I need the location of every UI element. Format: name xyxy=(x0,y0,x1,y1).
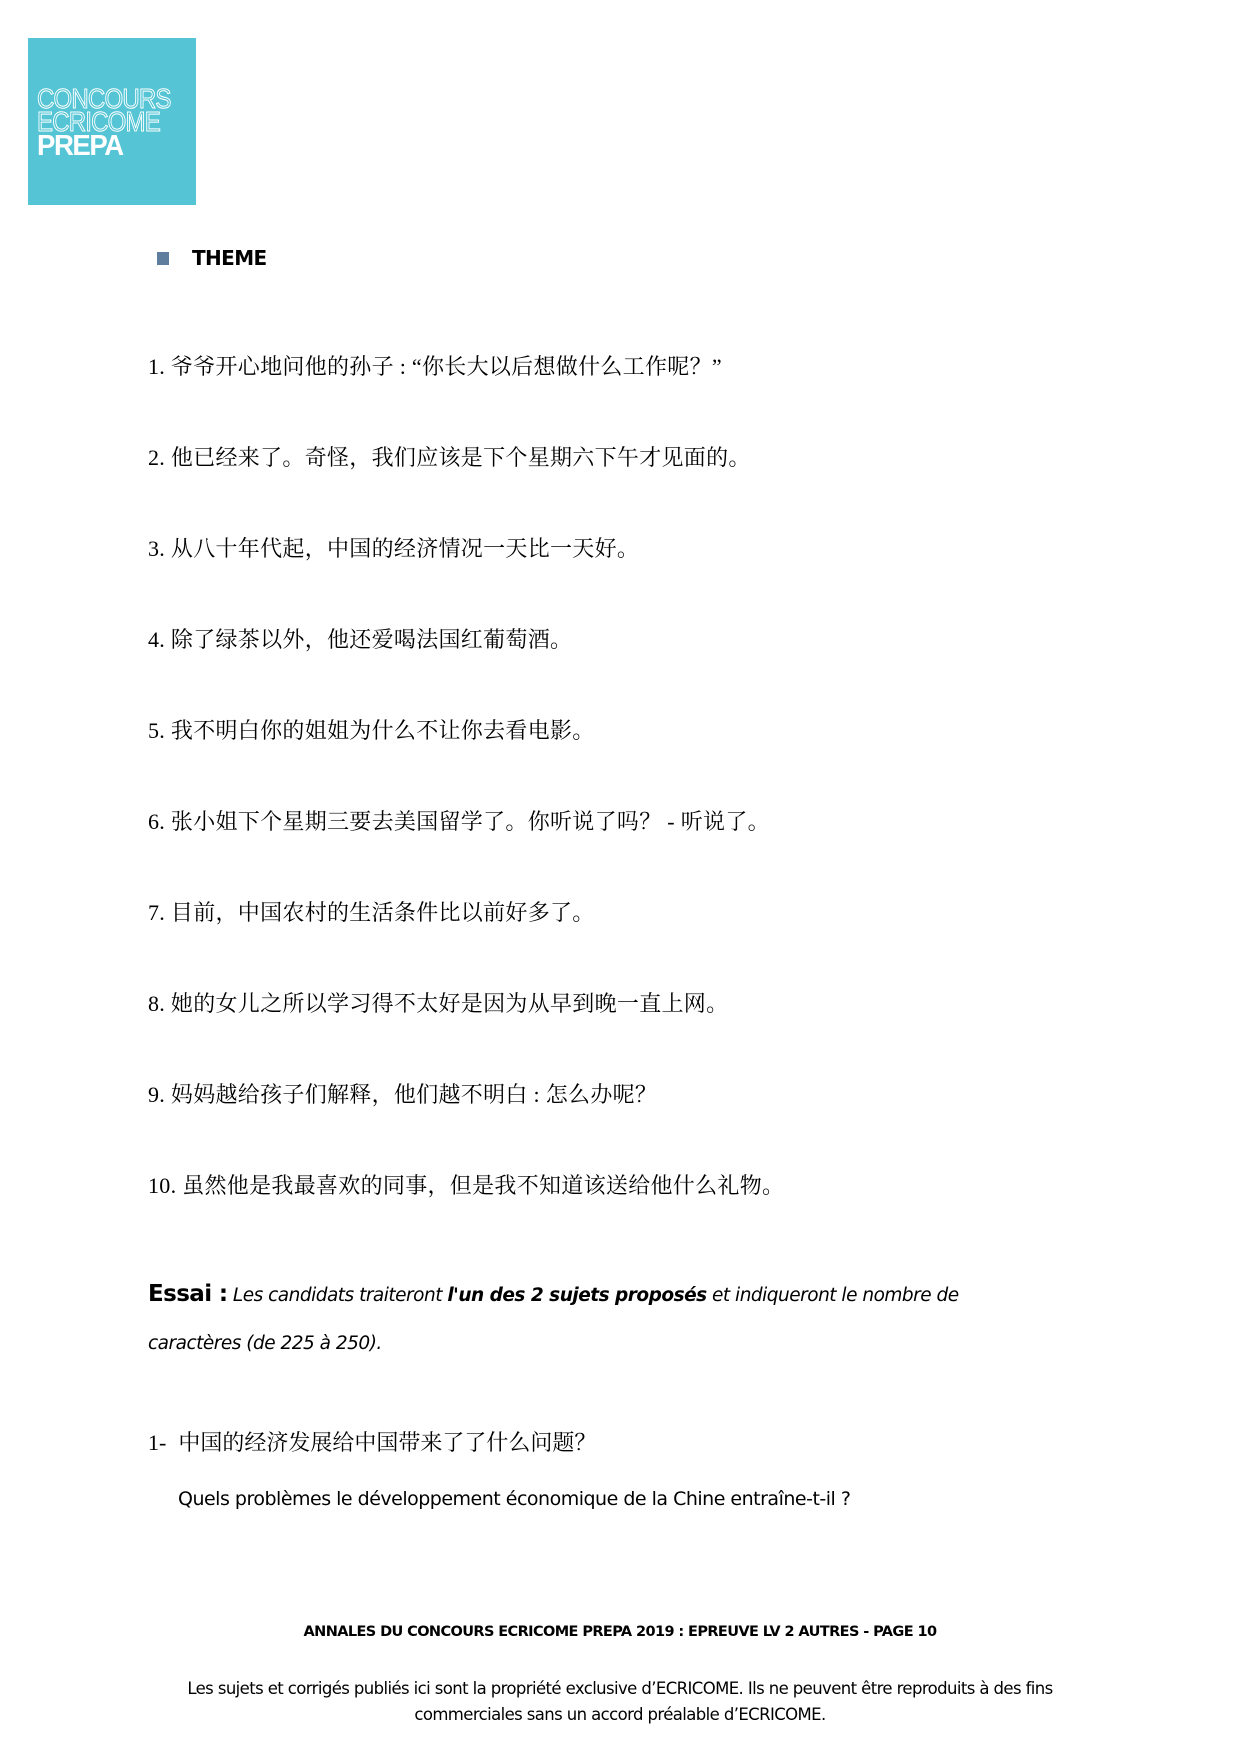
theme-item: 5. 我不明白你的姐姐为什么不让你去看电影。 xyxy=(148,714,784,805)
theme-translation-list: 1. 爷爷开心地问他的孙子 : “你长大以后想做什么工作呢？” 2. 他已经来了… xyxy=(148,350,784,1260)
footer-copyright-note: Les sujets et corrigés publiés ici sont … xyxy=(150,1676,1090,1728)
section-title: THEME xyxy=(192,246,267,270)
square-bullet-icon xyxy=(157,252,169,265)
concours-ecricome-prepa-logo: CONCOURS ECRICOME PREPA xyxy=(28,38,196,205)
logo-line-prepa: PREPA xyxy=(37,130,123,163)
theme-item: 10. 虽然他是我最喜欢的同事，但是我不知道该送给他什么礼物。 xyxy=(148,1169,784,1260)
essay-label: Essai : xyxy=(148,1281,228,1307)
subject-number: 1- xyxy=(148,1430,166,1455)
theme-item: 8. 她的女儿之所以学习得不太好是因为从早到晚一直上网。 xyxy=(148,987,784,1078)
essay-instruction-text: Les candidats traiteront xyxy=(228,1285,448,1306)
theme-item: 1. 爷爷开心地问他的孙子 : “你长大以后想做什么工作呢？” xyxy=(148,350,784,441)
essay-instruction-emphasis: l'un des 2 sujets proposés xyxy=(447,1285,706,1306)
essay-subject-1-french: Quels problèmes le développement économi… xyxy=(178,1484,850,1514)
theme-item: 7. 目前，中国农村的生活条件比以前好多了。 xyxy=(148,896,784,987)
essay-instructions: Essai : Les candidats traiteront l'un de… xyxy=(148,1270,1048,1368)
theme-item: 9. 妈妈越给孩子们解释，他们越不明白 : 怎么办呢？ xyxy=(148,1078,784,1169)
subject-chinese-text: 中国的经济发展给中国带来了了什么问题？ xyxy=(178,1430,596,1455)
section-heading-theme: THEME xyxy=(157,246,267,270)
theme-item: 6. 张小姐下个星期三要去美国留学了。你听说了吗？ - 听说了。 xyxy=(148,805,784,896)
theme-item: 4. 除了绿茶以外，他还爱喝法国红葡萄酒。 xyxy=(148,623,784,714)
essay-subject-1-chinese: 1-中国的经济发展给中国带来了了什么问题？ xyxy=(148,1426,596,1460)
theme-item: 3. 从八十年代起，中国的经济情况一天比一天好。 xyxy=(148,532,784,623)
theme-item: 2. 他已经来了。奇怪，我们应该是下个星期六下午才见面的。 xyxy=(148,441,784,532)
footer-title: ANNALES DU CONCOURS ECRICOME PREPA 2019 … xyxy=(0,1622,1240,1642)
